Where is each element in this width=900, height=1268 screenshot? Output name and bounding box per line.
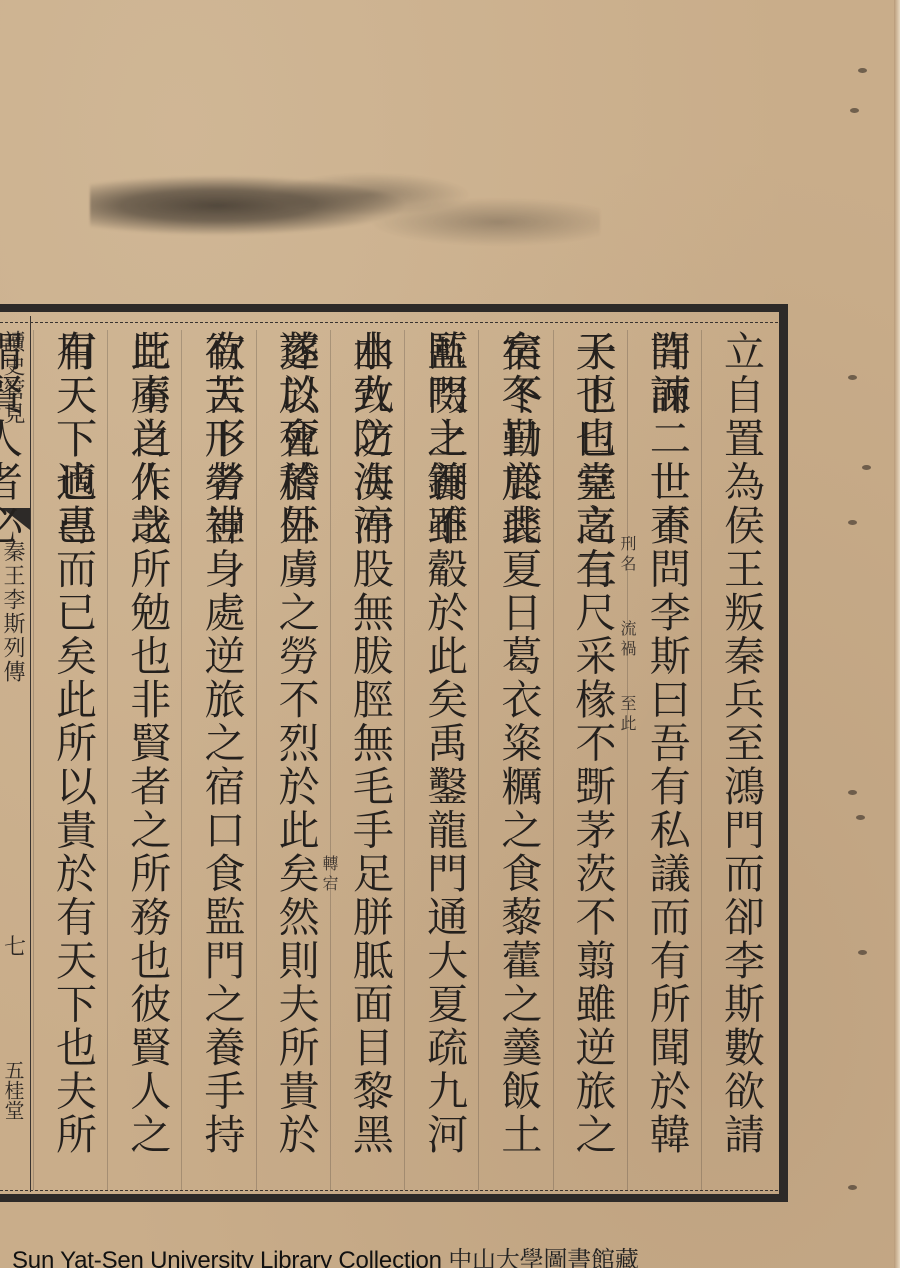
wormhole <box>858 950 867 955</box>
spine-chapter-title: 秦王李斯列傳 <box>2 540 28 684</box>
marginal-annotation: 刑名 <box>616 535 639 575</box>
bottom-rule <box>0 1190 778 1191</box>
wormhole <box>862 465 871 470</box>
collection-credit: Sun Yat-Sen University Library Collectio… <box>12 1240 639 1268</box>
text-column-10: 用天下適己而已矣此所以貴於有天下也夫所謂賢人者必 <box>36 330 110 1190</box>
marginal-annotation: 轉宕 <box>318 855 341 895</box>
marginal-annotation: 流禍 <box>616 620 639 660</box>
wormhole <box>848 520 857 525</box>
text-column-1: 立自置為侯王叛秦兵至鴻門而卻李斯數欲請閒諫二世不 <box>704 330 778 1190</box>
text-column-3: 天下也堂高三尺采椽不斲茅茨不翦雖逆旅之宿不勤於此 <box>556 330 630 1190</box>
text-column-5: 監門之養不觳於此矣禹鑿龍門通大夏疏九河曲九防決渟 <box>407 330 481 1190</box>
credit-english: Sun Yat-Sen University Library Collectio… <box>12 1247 442 1268</box>
text-column-8: 欲苦形勞神身處逆旅之宿口食監門之養手持臣虜之作哉 <box>184 330 258 1190</box>
text-columns: 立自置為侯王叛秦兵至鴻門而卻李斯數欲請閒諫二世不 許而二世責問李斯曰吾有私議而有… <box>36 330 778 1190</box>
top-rule <box>0 322 778 323</box>
wormhole <box>848 790 857 795</box>
wormhole <box>850 108 859 113</box>
spine-page-number: 七 <box>4 930 26 961</box>
wormhole <box>848 375 857 380</box>
wormhole <box>848 1185 857 1190</box>
text-column-2: 許而二世責問李斯曰吾有私議而有所聞於韓子也曰堯之有 <box>630 330 704 1190</box>
wormhole <box>856 815 865 820</box>
scanned-page: 讀史管見 秦王李斯列傳 七 五桂堂 立自置為侯王叛秦兵至鴻門而卻李斯數欲請閒諫二… <box>0 0 900 1268</box>
spine-press-name: 五桂堂 <box>2 1060 28 1120</box>
text-column-7: 葬於會稽臣虜之勞不烈於此矣然則夫所貴於有天下者豈 <box>259 330 333 1190</box>
ink-bleed-smudge <box>90 145 600 255</box>
wormhole <box>858 68 867 73</box>
page-edge <box>894 0 900 1268</box>
credit-chinese: 中山大學圖書館藏 <box>448 1246 638 1268</box>
text-column-4: 矣冬日鹿裘夏日葛衣粢糲之食藜藿之羹飯土匭啜土鉶雖 <box>481 330 555 1190</box>
marginal-annotation: 至此 <box>616 695 639 735</box>
text-column-6: 水致之海而股無胈脛無毛手足胼胝面目黎黑遂以死於外 <box>333 330 407 1190</box>
text-column-9: 此不肖人之所勉也非賢者之所務也彼賢人之有天下也專 <box>110 330 184 1190</box>
